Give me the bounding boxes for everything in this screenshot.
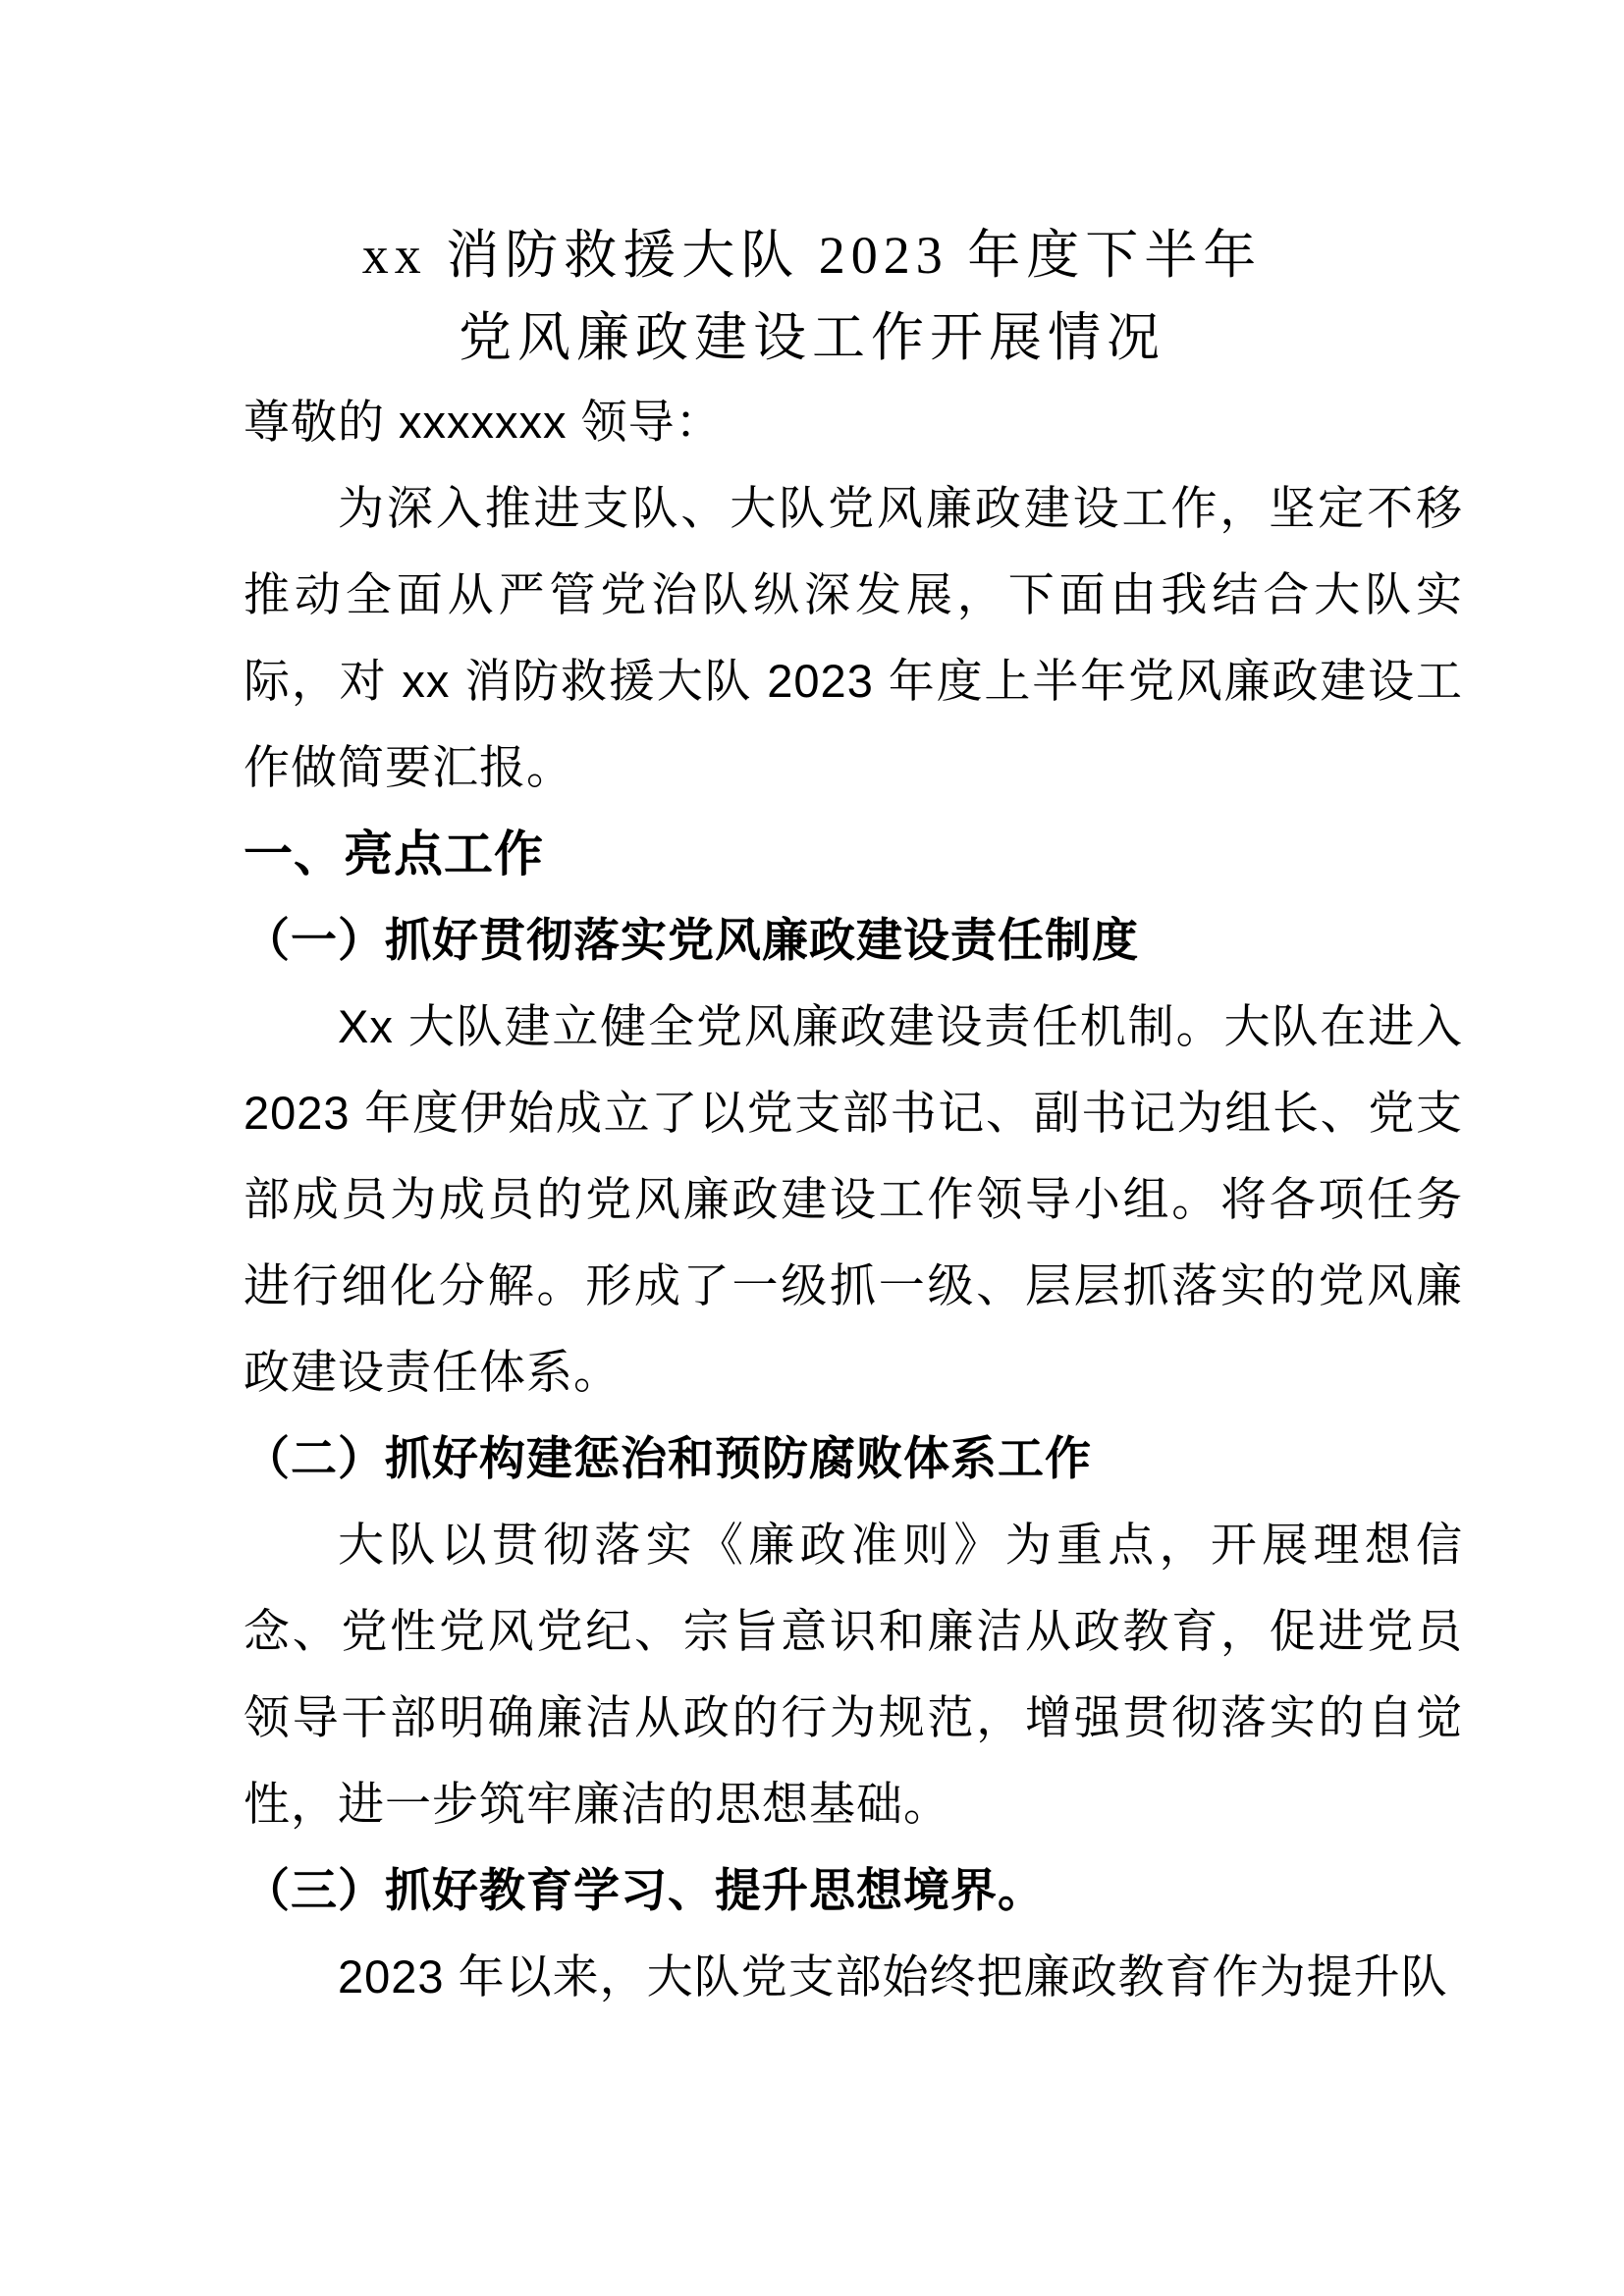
- document-page: xx 消防救援大队 2023 年度下半年 党风廉政建设工作开展情况 尊敬的 xx…: [0, 0, 1624, 2296]
- subsection-heading-1: （一）抓好贯彻落实党风廉政建设责任制度: [244, 897, 1463, 984]
- salutation: 尊敬的 xxxxxxx 领导：: [244, 379, 1463, 465]
- subsection-paragraph-2: 大队以贯彻落实《廉政准则》为重点，开展理想信念、党性党风党纪、宗旨意识和廉洁从政…: [244, 1502, 1463, 1847]
- document-body: 尊敬的 xxxxxxx 领导： 为深入推进支队、大队党风廉政建设工作，坚定不移推…: [244, 379, 1463, 2020]
- document-title-line-2: 党风廉政建设工作开展情况: [0, 296, 1624, 379]
- subsection-paragraph-3: 2023 年以来，大队党支部始终把廉政教育作为提升队: [244, 1934, 1463, 2020]
- subsection-heading-3: （三）抓好教育学习、提升思想境界。: [244, 1847, 1463, 1934]
- document-title-line-1: xx 消防救援大队 2023 年度下半年: [0, 214, 1624, 296]
- intro-paragraph: 为深入推进支队、大队党风廉政建设工作，坚定不移推动全面从严管党治队纵深发展，下面…: [244, 465, 1463, 811]
- section-heading-1: 一、亮点工作: [244, 811, 1463, 897]
- subsection-heading-2: （二）抓好构建惩治和预防腐败体系工作: [244, 1415, 1463, 1502]
- document-title: xx 消防救援大队 2023 年度下半年 党风廉政建设工作开展情况: [0, 214, 1624, 379]
- subsection-paragraph-1: Xx 大队建立健全党风廉政建设责任机制。大队在进入 2023 年度伊始成立了以党…: [244, 984, 1463, 1415]
